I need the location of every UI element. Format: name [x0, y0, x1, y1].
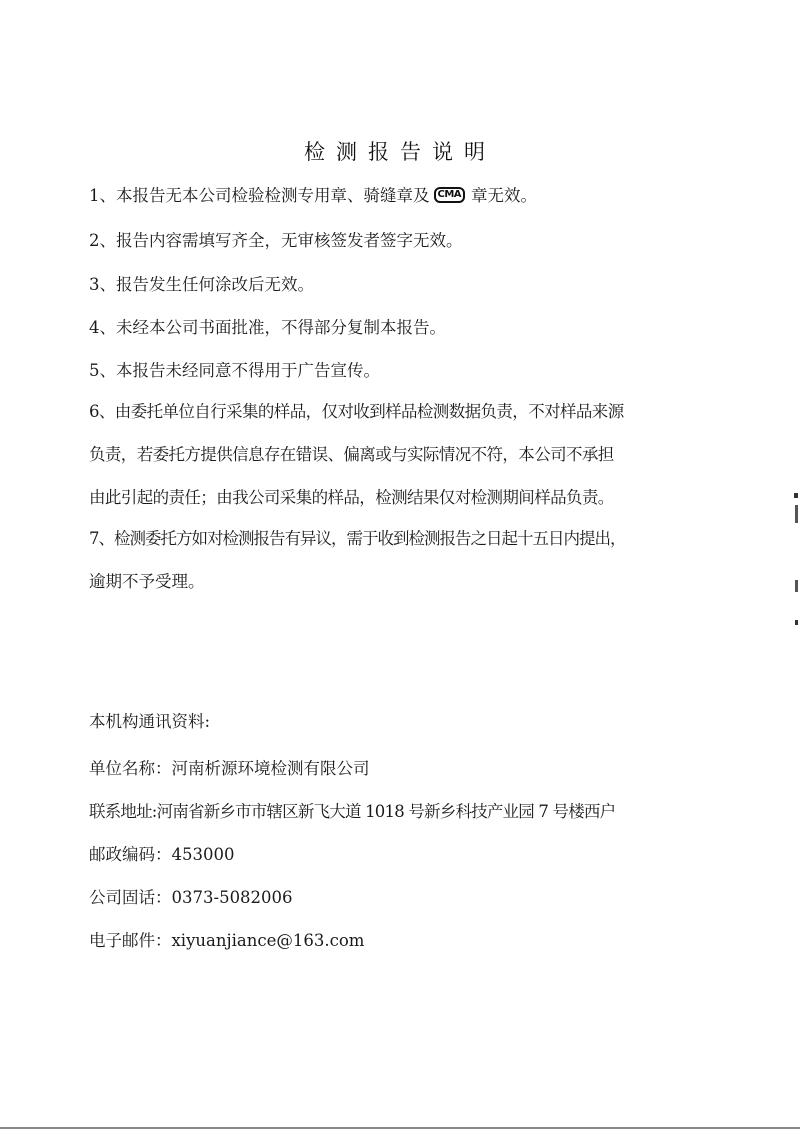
note-7-line-2: 逾期不予受理。 [89, 572, 205, 592]
note-3: 3、报告发生任何涂改后无效。 [89, 275, 314, 295]
note-6-line-3: 由此引起的责任；由我公司采集的样品，检测结果仅对检测期间样品负责。 [89, 488, 614, 508]
note-1-text: 本报告无本公司检验检测专用章、骑缝章及 [116, 186, 430, 205]
page-title: 检测报告说明 [0, 136, 800, 166]
seal-edge-mark [794, 493, 798, 498]
note-6-line-1: 6、由委托单位自行采集的样品，仅对收到样品检测数据负责，不对样品来源 [89, 402, 624, 422]
contact-heading: 本机构通讯资料: [89, 712, 210, 732]
contact-postcode: 邮政编码：453000 [89, 845, 235, 865]
note-7-line-1: 7、检测委托方如对检测报告有异议，需于收到检测报告之日起十五日内提出， [89, 529, 626, 549]
phone-value: 0373-5082006 [172, 888, 293, 907]
postcode-value: 453000 [172, 845, 235, 864]
email-label: 电子邮件： [89, 931, 172, 950]
report-page: 检测报告说明 1、本报告无本公司检验检测专用章、骑缝章及CMA章无效。 2、报告… [0, 0, 800, 1130]
contact-company: 单位名称：河南析源环境检测有限公司 [89, 759, 370, 779]
note-5: 5、本报告未经同意不得用于广告宣传。 [89, 361, 380, 381]
note-4: 4、未经本公司书面批准，不得部分复制本报告。 [89, 318, 446, 338]
note-1: 1、本报告无本公司检验检测专用章、骑缝章及CMA章无效。 [89, 186, 537, 206]
address-label: 联系地址: [89, 802, 157, 821]
contact-email: 电子邮件：xiyuanjiance@163.com [89, 931, 364, 951]
postcode-label: 邮政编码： [89, 845, 172, 864]
note-2: 2、报告内容需填写齐全，无审核签发者签字无效。 [89, 231, 463, 251]
cma-mark-icon: CMA [434, 187, 466, 203]
page-bottom-edge [0, 1127, 800, 1129]
note-1-text-after: 章无效。 [471, 186, 537, 205]
seal-edge-mark [795, 580, 798, 592]
seal-edge-mark [795, 620, 798, 625]
phone-label: 公司固话： [89, 888, 172, 907]
company-value: 河南析源环境检测有限公司 [172, 759, 370, 778]
note-6-line-2: 负责，若委托方提供信息存在错误、偏离或与实际情况不符，本公司不承担 [89, 445, 614, 465]
email-value: xiyuanjiance@163.com [172, 931, 365, 950]
contact-phone: 公司固话：0373-5082006 [89, 888, 293, 908]
address-value: 河南省新乡市市辖区新飞大道 1018 号新乡科技产业园 7 号楼西户 [157, 802, 616, 821]
company-label: 单位名称： [89, 759, 172, 778]
note-1-prefix: 1、 [89, 186, 116, 205]
contact-address: 联系地址:河南省新乡市市辖区新飞大道 1018 号新乡科技产业园 7 号楼西户 [89, 802, 615, 822]
seal-edge-mark [795, 505, 798, 523]
